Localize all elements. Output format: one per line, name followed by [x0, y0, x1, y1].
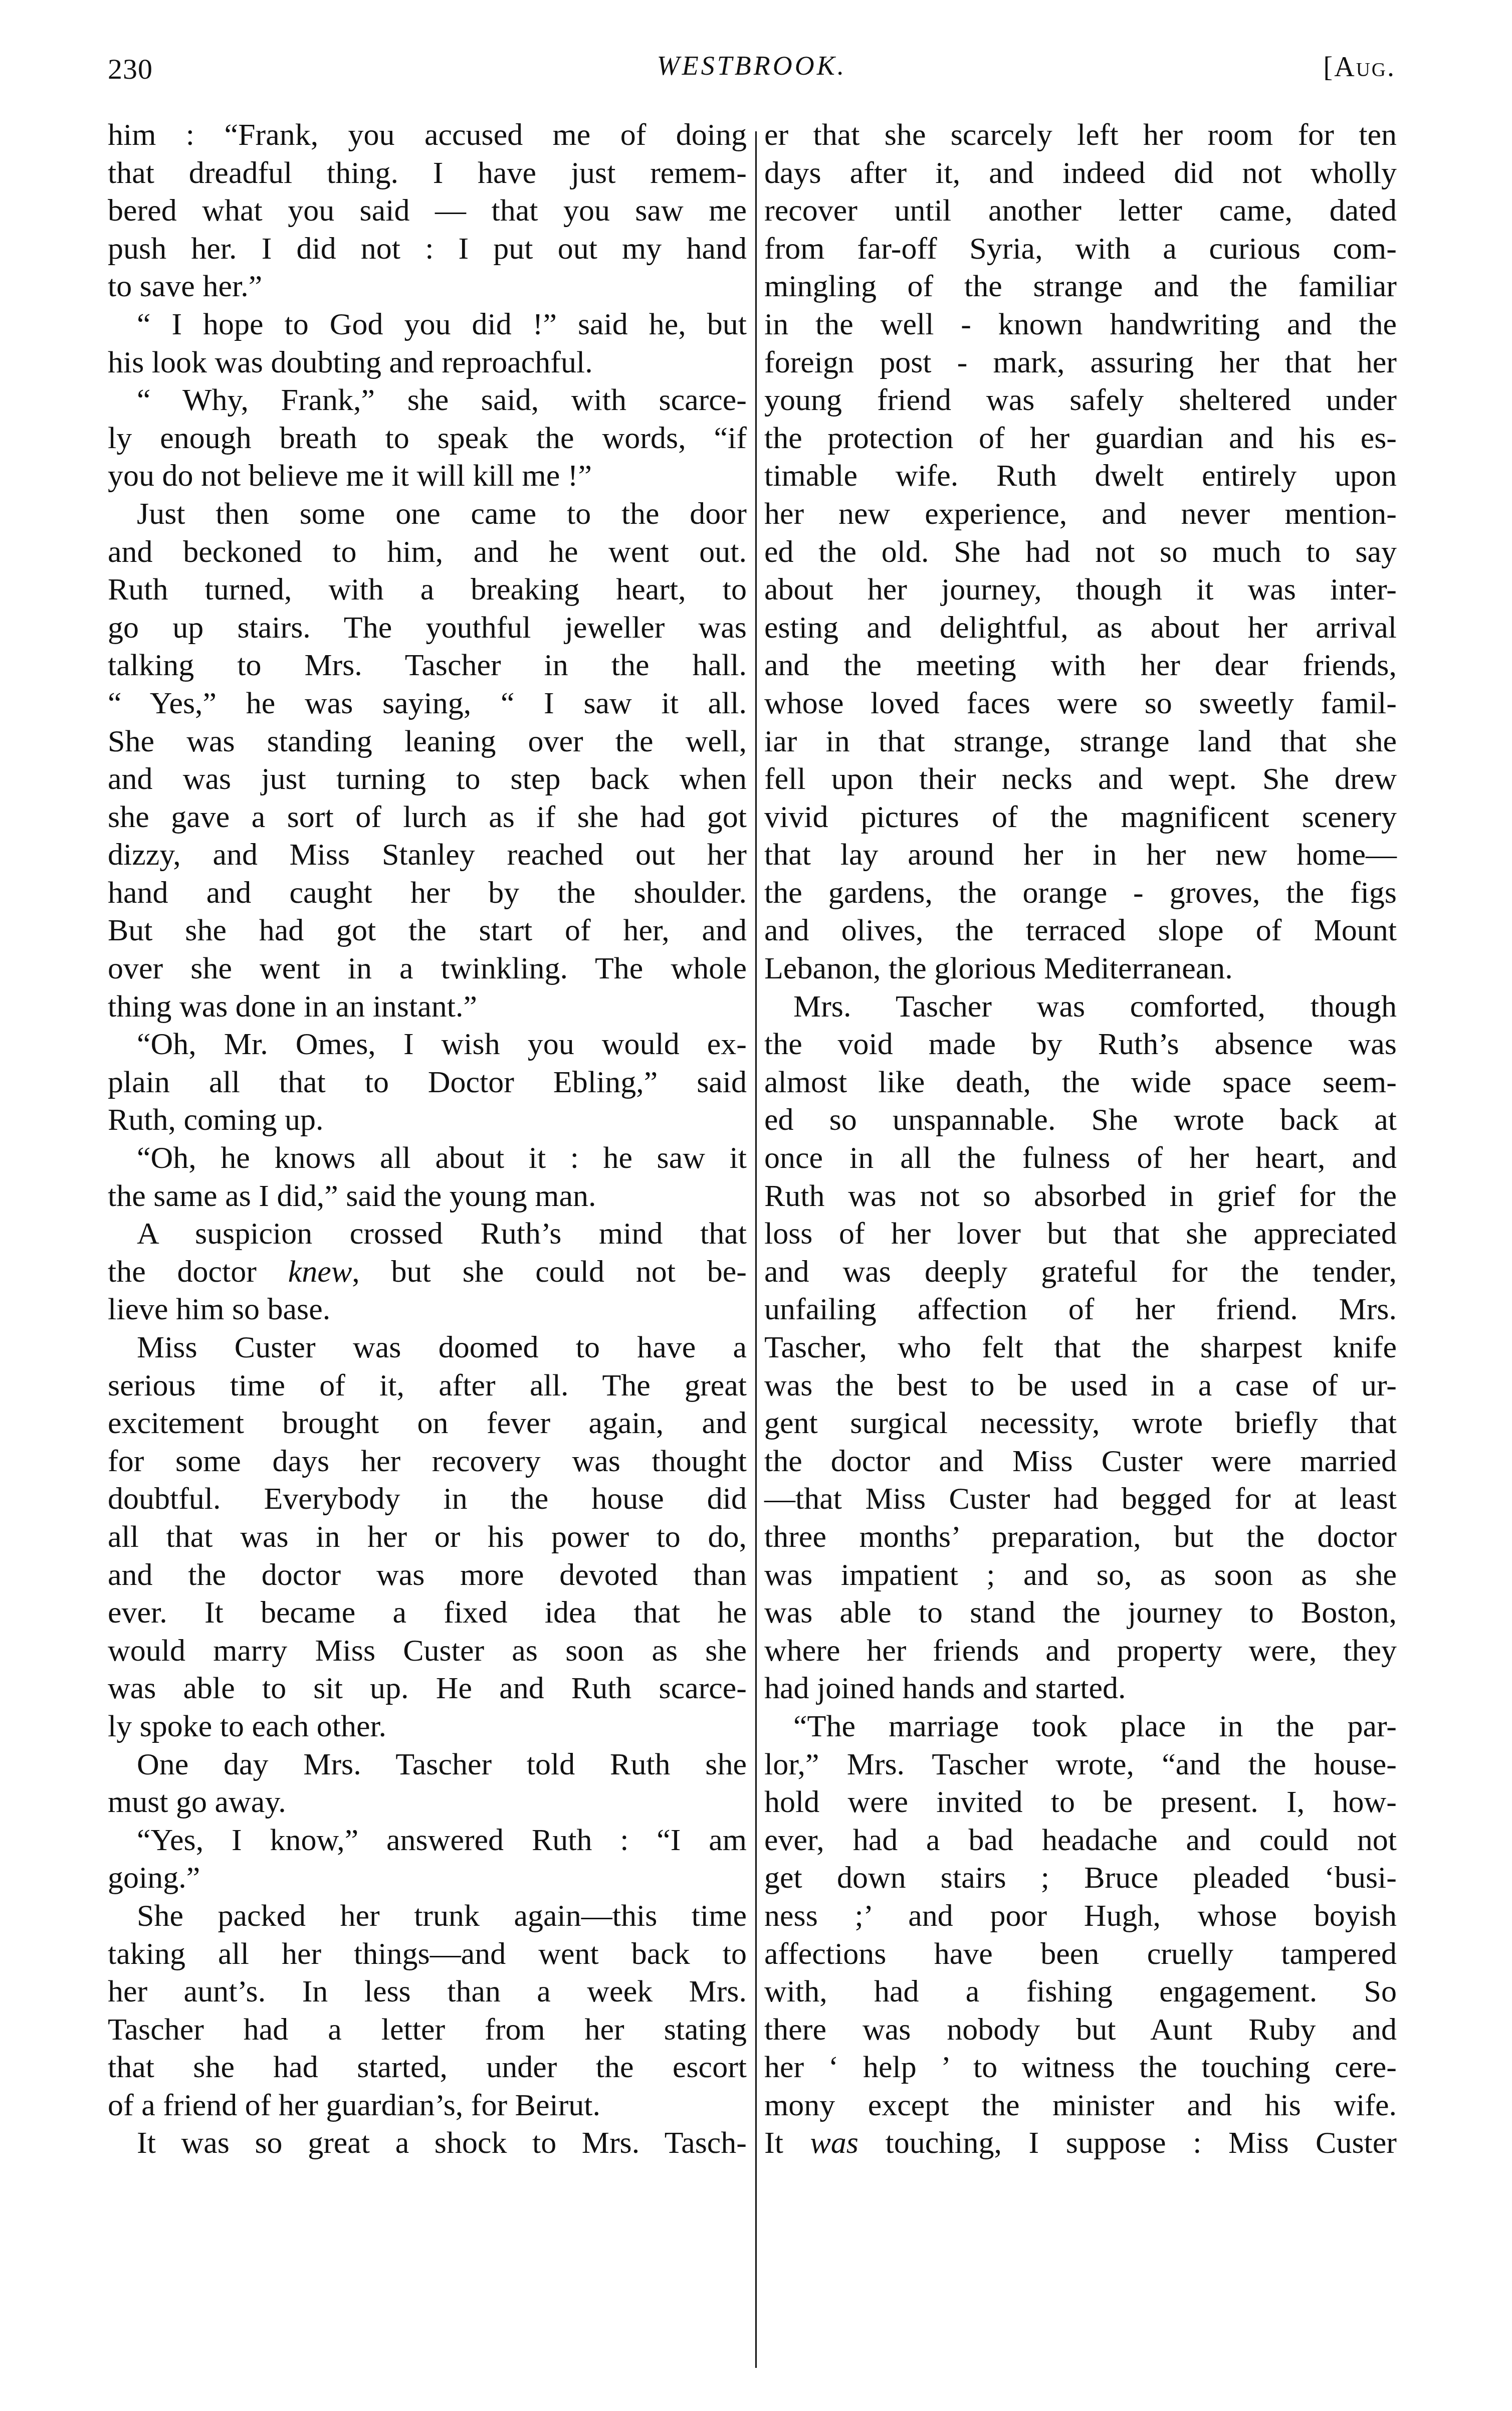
text-line: over she went in a twinkling. The whole — [108, 950, 747, 988]
text-line: Ruth, coming up. — [108, 1101, 747, 1139]
text-line: the doctor knew, but she could not be- — [108, 1253, 747, 1291]
italic-emphasis: was — [810, 2126, 858, 2160]
text-line: Ruth turned, with a breaking heart, to — [108, 571, 747, 609]
text-line: had joined hands and started. — [764, 1670, 1397, 1708]
text-line: she gave a sort of lurch as if she had g… — [108, 798, 747, 837]
text-line: you do not believe me it will kill me !” — [108, 457, 747, 495]
text-line: —that Miss Custer had begged for at leas… — [764, 1480, 1397, 1518]
text-line: would marry Miss Custer as soon as she — [108, 1632, 747, 1670]
text-line: and the doctor was more devoted than — [108, 1556, 747, 1594]
text-line: Just then some one came to the door — [108, 495, 747, 533]
text-line: and the meeting with her dear friends, — [764, 647, 1397, 685]
text-line: and was just turning to step back when — [108, 760, 747, 798]
text-line: and beckoned to him, and he went out. — [108, 533, 747, 571]
italic-emphasis: knew — [288, 1255, 352, 1289]
text-line: was impatient ; and so, as soon as she — [764, 1556, 1397, 1594]
text-line: er that she scarcely left her room for t… — [764, 116, 1397, 154]
text-line: She was standing leaning over the well, — [108, 723, 747, 761]
text-line: thing was done in an instant.” — [108, 988, 747, 1026]
text-line: push her. I did not : I put out my hand — [108, 230, 747, 268]
text-line: ly spoke to each other. — [108, 1708, 747, 1746]
text-line: there was nobody but Aunt Ruby and — [764, 2011, 1397, 2049]
text-line: the protection of her guardian and his e… — [764, 420, 1397, 458]
text-line: with, had a fishing engagement. So — [764, 1973, 1397, 2011]
text-line: the void made by Ruth’s absence was — [764, 1026, 1397, 1064]
text-line: excitement brought on fever again, and — [108, 1404, 747, 1443]
text-line: hand and caught her by the shoulder. — [108, 874, 747, 912]
text-line: whose loved faces were so sweetly famil- — [764, 685, 1397, 723]
text-line: “ Yes,” he was saying, “ I saw it all. — [108, 685, 747, 723]
text-line: the gardens, the orange - groves, the fi… — [764, 874, 1397, 912]
text-line: young friend was safely sheltered under — [764, 381, 1397, 420]
issue-month: [Aug. — [1324, 51, 1396, 83]
text-line: “ I hope to God you did !” said he, but — [108, 306, 747, 344]
text-line: going.” — [108, 1859, 747, 1897]
text-line: lor,” Mrs. Tascher wrote, “and the house… — [764, 1746, 1397, 1784]
text-line: was the best to be used in a case of ur- — [764, 1367, 1397, 1405]
text-line: loss of her lover but that she appreciat… — [764, 1215, 1397, 1253]
text-line: Ruth was not so absorbed in grief for th… — [764, 1177, 1397, 1216]
text-line: mony except the minister and his wife. — [764, 2087, 1397, 2125]
text-line: Lebanon, the glorious Mediterranean. — [764, 950, 1397, 988]
text-line: ed the old. She had not so much to say — [764, 533, 1397, 571]
text-line: his look was doubting and reproachful. — [108, 344, 747, 382]
text-line: ness ;’ and poor Hugh, whose boyish — [764, 1897, 1397, 1935]
text-line: Tascher, who felt that the sharpest knif… — [764, 1329, 1397, 1367]
text-line: esting and delightful, as about her arri… — [764, 609, 1397, 647]
text-line: once in all the fulness of her heart, an… — [764, 1139, 1397, 1177]
text-line: and olives, the terraced slope of Mount — [764, 912, 1397, 950]
text-line: the doctor and Miss Custer were married — [764, 1443, 1397, 1481]
text-line: Tascher had a letter from her stating — [108, 2011, 747, 2049]
text-line: hold were invited to be present. I, how- — [764, 1783, 1397, 1822]
text-line: fell upon their necks and wept. She drew — [764, 760, 1397, 798]
text-line: ever. It became a fixed idea that he — [108, 1594, 747, 1632]
text-line: A suspicion crossed Ruth’s mind that — [108, 1215, 747, 1253]
text-line: her new experience, and never mention- — [764, 495, 1397, 533]
text-line: timable wife. Ruth dwelt entirely upon — [764, 457, 1397, 495]
text-line: mingling of the strange and the familiar — [764, 268, 1397, 306]
text-line: of a friend of her guardian’s, for Beiru… — [108, 2087, 747, 2125]
text-line: from far-off Syria, with a curious com- — [764, 230, 1397, 268]
text-line: dizzy, and Miss Stanley reached out her — [108, 836, 747, 874]
text-line: taking all her things—and went back to — [108, 1935, 747, 1973]
running-head: 230 WESTBROOK. [Aug. — [108, 46, 1396, 86]
text-line: lieve him so base. — [108, 1291, 747, 1329]
text-line: It was so great a shock to Mrs. Tasch- — [108, 2124, 747, 2162]
text-line: “Oh, he knows all about it : he saw it — [108, 1139, 747, 1177]
text-line: all that was in her or his power to do, — [108, 1518, 747, 1556]
text-line: ed so unspannable. She wrote back at — [764, 1101, 1397, 1139]
text-line: doubtful. Everybody in the house did — [108, 1480, 747, 1518]
text-line: “Yes, I know,” answered Ruth : “I am — [108, 1822, 747, 1860]
left-column: him : “Frank, you accused me of doingtha… — [108, 116, 747, 2162]
text-line: where her friends and property were, the… — [764, 1632, 1397, 1670]
text-line: foreign post - mark, assuring her that h… — [764, 344, 1397, 382]
text-line: him : “Frank, you accused me of doing — [108, 116, 747, 154]
text-line: One day Mrs. Tascher told Ruth she — [108, 1746, 747, 1784]
text-line: vivid pictures of the magnificent scener… — [764, 798, 1397, 837]
text-line: “Oh, Mr. Omes, I wish you would ex- — [108, 1026, 747, 1064]
text-line: talking to Mrs. Tascher in the hall. — [108, 647, 747, 685]
text-line: bered what you said — that you saw me — [108, 192, 747, 230]
text-line: the same as I did,” said the young man. — [108, 1177, 747, 1216]
running-title: WESTBROOK. — [108, 50, 1396, 81]
text-line: that dreadful thing. I have just remem- — [108, 154, 747, 192]
text-line: for some days her recovery was thought — [108, 1443, 747, 1481]
text-line: days after it, and indeed did not wholly — [764, 154, 1397, 192]
text-line: in the well - known handwriting and the — [764, 306, 1397, 344]
text-line: She packed her trunk again—this time — [108, 1897, 747, 1935]
text-line: unfailing affection of her friend. Mrs. — [764, 1291, 1397, 1329]
text-line: “The marriage took place in the par- — [764, 1708, 1397, 1746]
text-line: three months’ preparation, but the docto… — [764, 1518, 1397, 1556]
text-line: gent surgical necessity, wrote briefly t… — [764, 1404, 1397, 1443]
text-line: must go away. — [108, 1783, 747, 1822]
text-line: that she had started, under the escort — [108, 2049, 747, 2087]
text-line: affections have been cruelly tampered — [764, 1935, 1397, 1973]
magazine-page: 230 WESTBROOK. [Aug. him : “Frank, you a… — [0, 0, 1512, 2411]
text-line: ever, had a bad headache and could not — [764, 1822, 1397, 1860]
text-line: “ Why, Frank,” she said, with scarce- — [108, 381, 747, 420]
text-line: was able to sit up. He and Ruth scarce- — [108, 1670, 747, 1708]
text-line: was able to stand the journey to Boston, — [764, 1594, 1397, 1632]
text-line: to save her.” — [108, 268, 747, 306]
text-line: go up stairs. The youthful jeweller was — [108, 609, 747, 647]
text-line: about her journey, though it was inter- — [764, 571, 1397, 609]
text-line: and was deeply grateful for the tender, — [764, 1253, 1397, 1291]
right-column: er that she scarcely left her room for t… — [764, 116, 1397, 2162]
text-line: ly enough breath to speak the words, “if — [108, 420, 747, 458]
text-line: get down stairs ; Bruce pleaded ‘busi- — [764, 1859, 1397, 1897]
text-line: her ‘ help ’ to witness the touching cer… — [764, 2049, 1397, 2087]
text-line: iar in that strange, strange land that s… — [764, 723, 1397, 761]
text-line: Miss Custer was doomed to have a — [108, 1329, 747, 1367]
text-line: But she had got the start of her, and — [108, 912, 747, 950]
text-line: recover until another letter came, dated — [764, 192, 1397, 230]
column-divider — [755, 131, 757, 2368]
text-line: almost like death, the wide space seem- — [764, 1064, 1397, 1102]
text-line: plain all that to Doctor Ebling,” said — [108, 1064, 747, 1102]
text-line: Mrs. Tascher was comforted, though — [764, 988, 1397, 1026]
text-line: her aunt’s. In less than a week Mrs. — [108, 1973, 747, 2011]
text-line: It was touching, I suppose : Miss Custer — [764, 2124, 1397, 2162]
text-line: serious time of it, after all. The great — [108, 1367, 747, 1405]
text-line: that lay around her in her new home— — [764, 836, 1397, 874]
